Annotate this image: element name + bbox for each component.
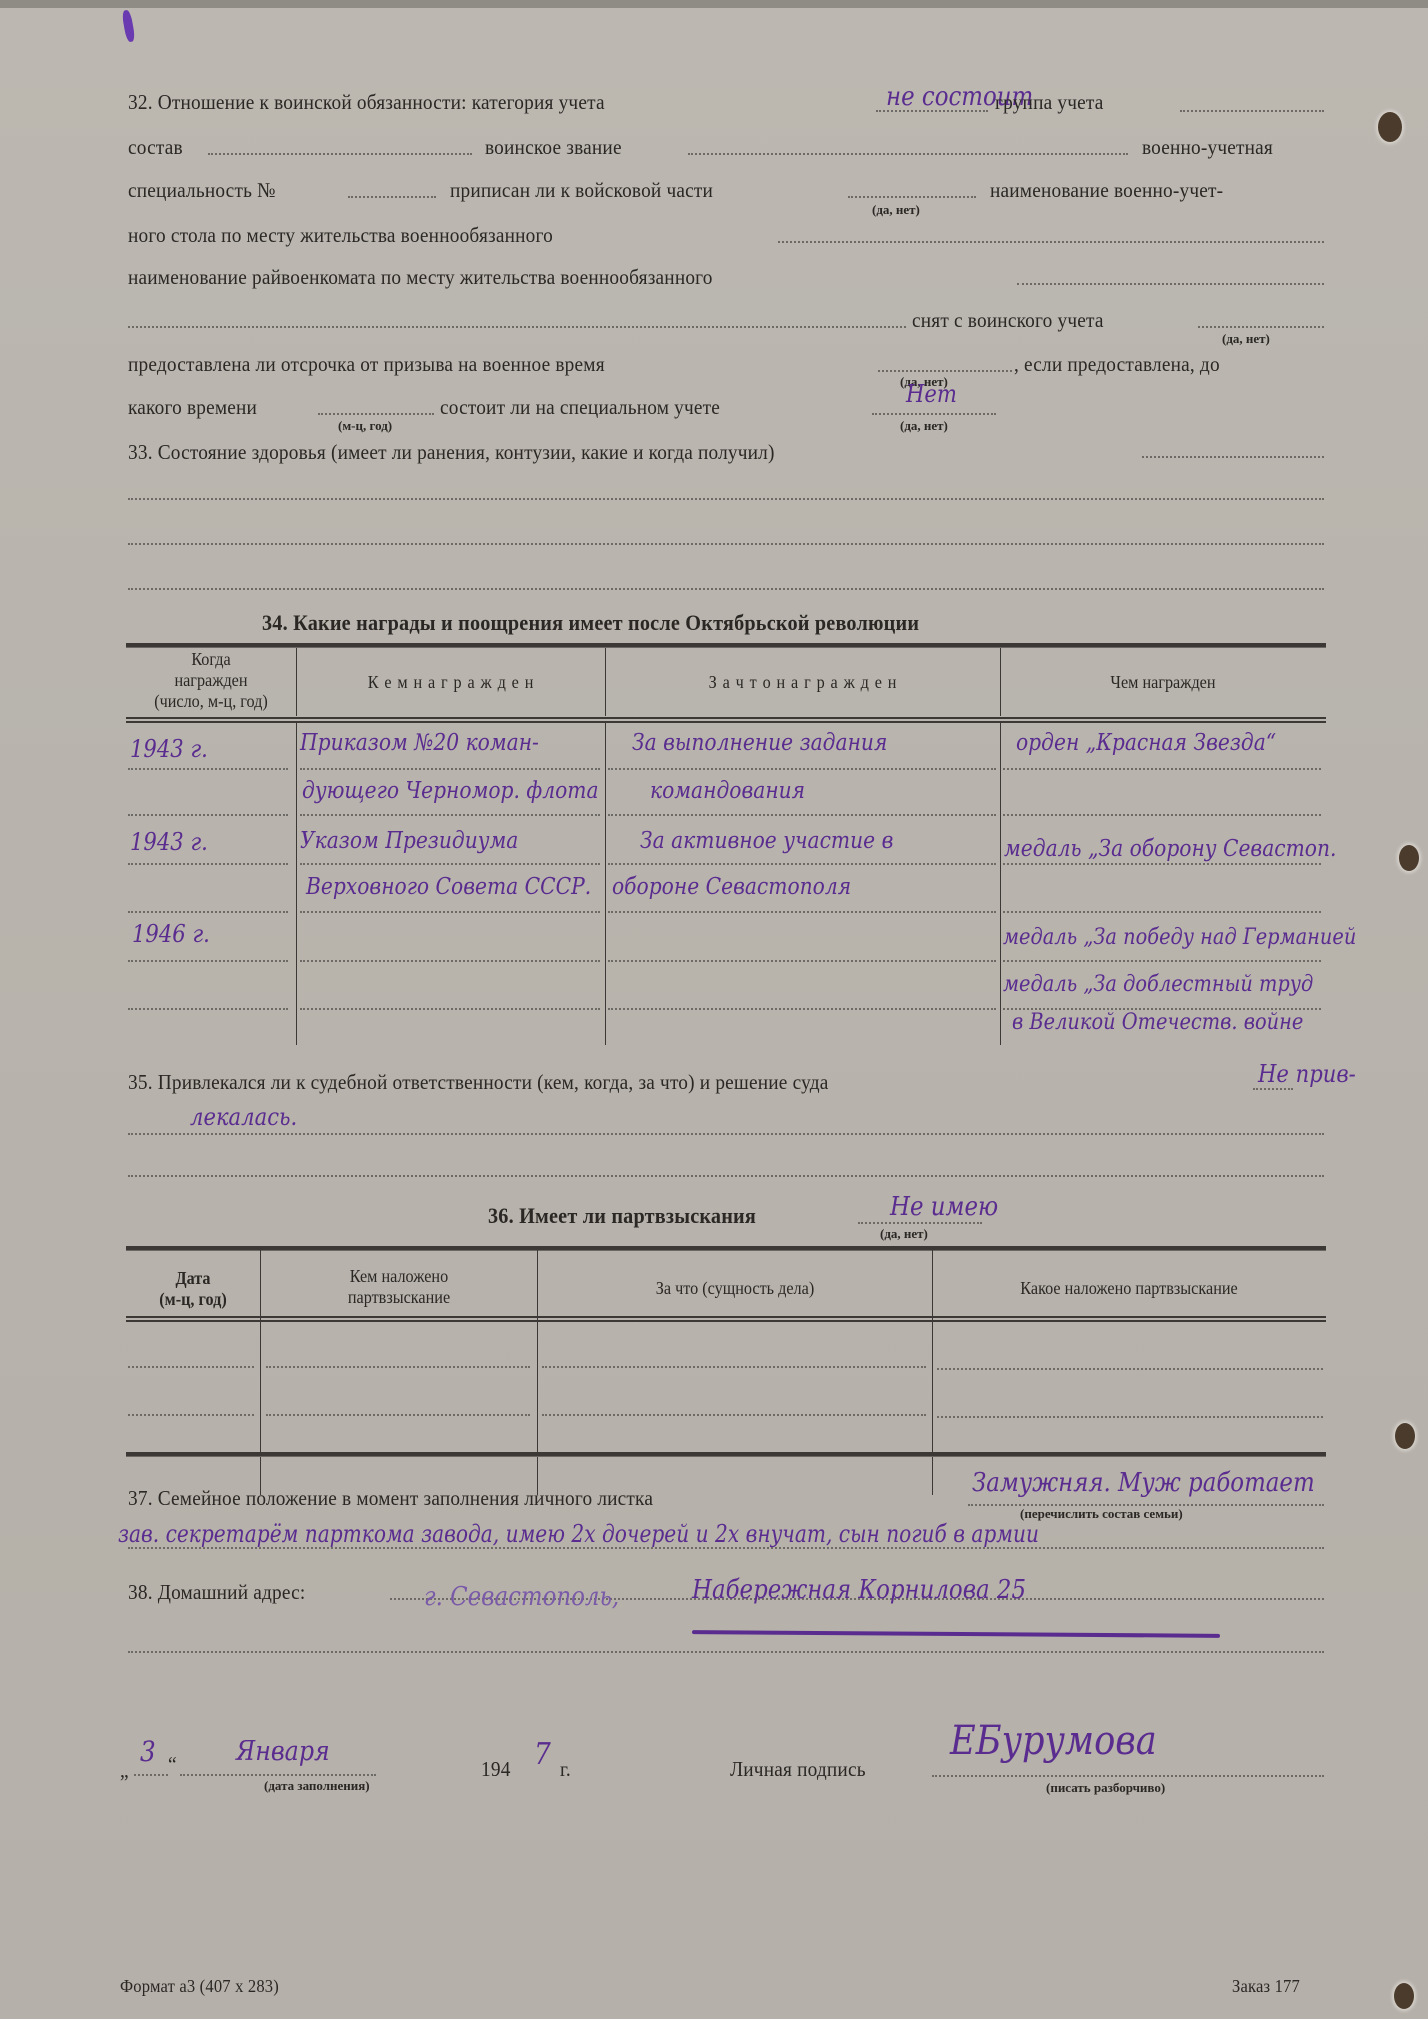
s34-dots (1003, 814, 1321, 816)
s34-dots (1003, 768, 1321, 770)
s32-assigned-label: приписан ли к войсковой части (450, 178, 713, 203)
s35-field-2[interactable] (128, 1133, 1324, 1135)
s33-field[interactable] (1142, 456, 1324, 458)
s36-col-divider-2 (537, 1250, 538, 1495)
s32-specialty-label: военно-учетная (1142, 135, 1273, 160)
s32-desk-field[interactable] (778, 241, 1324, 243)
s32-removed-label: снят с воинского учета (912, 308, 1104, 333)
s38-value-street: Набережная Корнилова 25 (692, 1575, 1026, 1605)
signature-label: Личная подпись (730, 1757, 866, 1782)
s32-rank-field[interactable] (688, 153, 1128, 155)
s37-value-a: Замужняя. Муж работает (972, 1468, 1315, 1498)
s38-value-city: г. Севастополь, (424, 1582, 619, 1612)
s35-field[interactable] (1253, 1088, 1293, 1090)
s34-row2-for-what-b: обороне Севастополя (612, 874, 851, 900)
year-digit: 7 (534, 1737, 551, 1772)
s36-dots (128, 1414, 254, 1416)
s34-dots (128, 960, 288, 962)
s34-row1-for-what-b: командования (650, 778, 805, 804)
s34-row3-what-b: медаль „За доблестный труд (1003, 972, 1313, 997)
s36-dots (128, 1366, 254, 1368)
s34-dots (1003, 960, 1321, 962)
s32-removed-hint: (да, нет) (1222, 331, 1270, 347)
s36-dots (937, 1368, 1323, 1370)
open-quote: „ (120, 1758, 129, 1783)
s32-removed-field[interactable] (1198, 326, 1324, 328)
s36-label: 36. Имеет ли партвзыскания (488, 1203, 756, 1229)
s34-col-for-what-header: З а ч т о н а г р а ж д е н (627, 672, 980, 693)
s35-field-3[interactable] (128, 1175, 1324, 1177)
punch-hole-lower (1395, 1423, 1415, 1449)
s34-col-by-whom-header: К е м н а г р а ж д е н (313, 672, 588, 693)
s34-dots (300, 911, 600, 913)
s33-field-4[interactable] (128, 588, 1324, 590)
s34-dots (608, 814, 996, 816)
s33-field-3[interactable] (128, 543, 1324, 545)
s36-header-rule (126, 1316, 1326, 1318)
date-day-field[interactable] (134, 1774, 168, 1776)
year-prefix: 194 (481, 1757, 511, 1782)
s34-row3-what-a: медаль „За победу над Германией (1003, 925, 1356, 950)
s34-dots (608, 1008, 996, 1010)
s34-dots (300, 768, 600, 770)
s32-composition-field[interactable] (208, 153, 472, 155)
s34-col-divider-2 (605, 723, 606, 1045)
s32-special-hint: (да, нет) (900, 418, 948, 434)
s38-field-2[interactable] (128, 1651, 1324, 1653)
format-footer: Формат а3 (407 х 283) (120, 1976, 279, 1997)
s34-header-rule (126, 717, 1326, 719)
s36-field[interactable] (858, 1222, 982, 1224)
punch-hole-bottom (1394, 1983, 1414, 2009)
s34-row1-by-whom-a: Приказом №20 коман- (300, 730, 539, 756)
s34-header-divider-3 (1000, 648, 1001, 716)
s36-header-rule-2 (126, 1320, 1326, 1322)
s36-dots (542, 1366, 926, 1368)
s32-raivoenkomat-label: наименование райвоенкомата по месту жите… (128, 265, 713, 290)
s32-line1-label: 32. Отношение к воинской обязанности: ка… (128, 90, 605, 115)
s32-rank-label: воинское звание (485, 135, 622, 160)
s32-deferment-tail: , если предоставлена, до (1014, 352, 1220, 377)
punch-hole-top (1378, 112, 1402, 142)
s34-col-when-header: Когда награжден (число, м-ц, год) (136, 649, 285, 712)
s34-header-divider-1 (296, 648, 297, 716)
s34-dots (300, 1008, 600, 1010)
signature-value: ЕБурумова (950, 1718, 1157, 1764)
s32-special-label: состоит ли на специальном учете (440, 395, 720, 420)
s32-group-label: группа учета (995, 90, 1103, 115)
s34-dots (300, 960, 600, 962)
s32-specialty-no-label: специальность № (128, 178, 276, 203)
s34-dots (608, 863, 996, 865)
order-footer: Заказ 177 (1232, 1976, 1300, 1997)
s32-raivoenkomat-field[interactable] (1017, 283, 1324, 285)
s36-table-top-rule (126, 1246, 1326, 1251)
date-hint: (дата заполнения) (264, 1778, 370, 1794)
s34-table-top-rule (126, 643, 1326, 648)
s34-row1-when: 1943 г. (130, 735, 208, 763)
s36-col-divider-3 (932, 1250, 933, 1495)
s32-composition-label: состав (128, 135, 183, 160)
date-day-value: 3 (140, 1735, 156, 1768)
s36-value: Не имею (890, 1192, 998, 1222)
s33-field-2[interactable] (128, 498, 1324, 500)
s32-specialty-no-field[interactable] (348, 196, 436, 198)
s32-desk-label2: ного стола по месту жительства военнообя… (128, 223, 553, 248)
s32-until-hint: (м-ц, год) (338, 418, 392, 434)
s36-col-by-whom-header: Кем наложено партвзыскание (276, 1266, 523, 1308)
s38-label: 38. Домашний адрес: (128, 1580, 305, 1605)
s33-label: 33. Состояние здоровья (имеет ли ранения… (128, 440, 775, 465)
s34-dots (608, 960, 996, 962)
s36-dots (266, 1414, 530, 1416)
s37-hint: (перечислить состав семьи) (1020, 1506, 1183, 1522)
page-top-edge (0, 0, 1428, 8)
s37-value-b: зав. секретарём парткома завода, имею 2х… (118, 1520, 1039, 1548)
s34-row1-by-whom-b: дующего Черномор. флота (302, 778, 599, 804)
punch-hole-middle (1399, 845, 1419, 871)
s34-dots (608, 768, 996, 770)
s34-col-when-line2: награжден (136, 670, 285, 691)
s34-row2-when: 1943 г. (130, 828, 208, 856)
date-month-field[interactable] (180, 1774, 376, 1776)
s35-value-b: лекалась. (190, 1103, 297, 1131)
s34-col-when-line1: Когда (136, 649, 285, 670)
s34-dots (1003, 863, 1321, 865)
s36-hint: (да, нет) (880, 1226, 928, 1242)
s37-label: 37. Семейное положение в момент заполнен… (128, 1486, 653, 1511)
s34-row2-what: медаль „За оборону Севастоп. (1004, 836, 1336, 862)
s32-deferment-field[interactable] (878, 370, 1012, 372)
s34-dots (608, 911, 996, 913)
s36-col-by-whom-line2: партвзыскание (276, 1287, 523, 1308)
s34-dots (128, 1008, 288, 1010)
s32-desk-label: наименование военно-учет- (990, 178, 1223, 203)
s35-value-a: Не прив- (1258, 1060, 1356, 1088)
s32-until-label: какого времени (128, 395, 257, 420)
s32-assigned-hint: (да, нет) (872, 202, 920, 218)
s34-header-rule-2 (126, 721, 1326, 723)
s34-col-divider-3 (1000, 723, 1001, 1045)
year-suffix: г. (560, 1757, 571, 1782)
s34-dots (300, 814, 600, 816)
s35-label: 35. Привлекался ли к судебной ответствен… (128, 1070, 828, 1095)
s36-col-for-what-header: За что (сущность дела) (559, 1278, 912, 1299)
s32-raivoenkomat-field-2[interactable] (128, 326, 906, 328)
s34-col-divider-1 (296, 723, 297, 1045)
s36-dots (937, 1416, 1323, 1418)
s36-col-by-whom-line1: Кем наложено (276, 1266, 523, 1287)
s36-table-bottom-rule (126, 1452, 1326, 1457)
s36-col-divider-1 (260, 1250, 261, 1495)
s36-col-penalty-header: Какое наложено партвзыскание (954, 1278, 1305, 1299)
s32-assigned-field[interactable] (848, 196, 976, 198)
s34-col-when-line3: (число, м-ц, год) (136, 691, 285, 712)
s34-dots (128, 814, 288, 816)
s36-col-date-line1: Дата (135, 1268, 252, 1289)
s34-col-what-header: Чем награжден (1018, 672, 1308, 693)
s32-until-field[interactable] (318, 413, 434, 415)
signature-hint: (писать разборчиво) (1046, 1780, 1165, 1796)
close-quote: “ (168, 1752, 177, 1777)
s34-dots (128, 911, 288, 913)
s34-row2-for-what-a: За активное участие в (640, 828, 893, 854)
s34-dots (300, 863, 600, 865)
s36-col-date-header: Дата (м-ц, год) (135, 1268, 252, 1310)
signature-field[interactable] (932, 1775, 1324, 1777)
s34-header-divider-2 (605, 648, 606, 716)
s36-dots (542, 1414, 926, 1416)
date-month-value: Января (236, 1736, 330, 1767)
s36-dots (266, 1366, 530, 1368)
s32-deferment-label: предоставлена ли отсрочка от призыва на … (128, 352, 605, 377)
s34-title: 34. Какие награды и поощрения имеет посл… (262, 610, 919, 636)
s34-row2-by-whom-a: Указом Президиума (300, 828, 518, 854)
s34-row1-what: орден „Красная Звезда“ (1016, 730, 1276, 756)
s34-dots (128, 768, 288, 770)
s32-special-field[interactable] (872, 413, 996, 415)
s36-col-date-line2: (м-ц, год) (135, 1289, 252, 1310)
s34-row2-by-whom-b: Верховного Совета СССР. (306, 874, 591, 900)
s34-row3-when: 1946 г. (132, 920, 210, 948)
s32-special-value: Нет (906, 380, 957, 408)
s34-row1-for-what-a: За выполнение задания (632, 730, 887, 756)
s32-group-field[interactable] (1180, 110, 1324, 112)
s34-dots (1003, 911, 1321, 913)
s34-row3-what-c: в Великой Отечеств. войне (1012, 1010, 1303, 1035)
s34-dots (128, 863, 288, 865)
